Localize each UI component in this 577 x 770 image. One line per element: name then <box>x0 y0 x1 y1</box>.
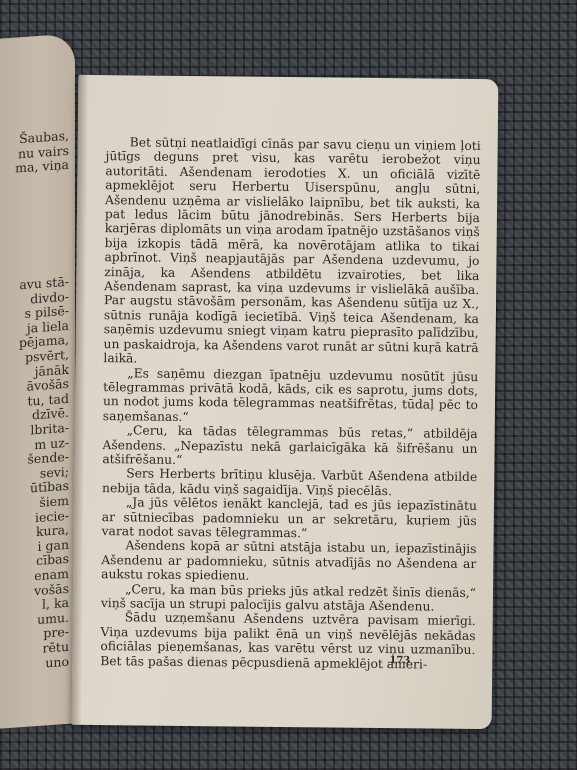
paragraph: „Ceru, ka tādas tēlegrammas būs retas,“ … <box>102 423 477 470</box>
paragraph: „Ceru, ka man būs prieks jūs atkal redzē… <box>101 582 476 615</box>
paragraph: Bet sūtņi neatlaidīgi cīnās par savu cie… <box>103 135 480 369</box>
paragraph: „Es saņēmu diezgan īpatnēju uzdevumu nos… <box>103 366 479 428</box>
left-page-line: ma, viņa <box>15 158 69 176</box>
page-number: 173 <box>389 655 410 666</box>
paragraph: „Ja jūs vēlētos ienākt kanclejā, tad es … <box>102 495 477 542</box>
right-page: Bet sūtņi neatlaidīgi cīnās par savu cie… <box>72 75 499 729</box>
left-page: Šaubas,nu vairsma, viņaavu stā-divdo-s p… <box>0 33 75 730</box>
paragraph: Šādu uzņemšanu Ašendens uztvēra pavisam … <box>100 610 476 672</box>
paragraph: Sers Herberts brītiņu klusēja. Varbūt Aš… <box>102 466 477 499</box>
left-page-line: uno <box>45 654 69 670</box>
left-page-text: Šaubas,nu vairsma, viņaavu stā-divdo-s p… <box>0 33 75 40</box>
paragraph: Ašendens kopā ar sūtni atstāja istabu un… <box>101 538 476 585</box>
page-body-text: Bet sūtņi neatlaidīgi cīnās par savu cie… <box>100 135 481 672</box>
